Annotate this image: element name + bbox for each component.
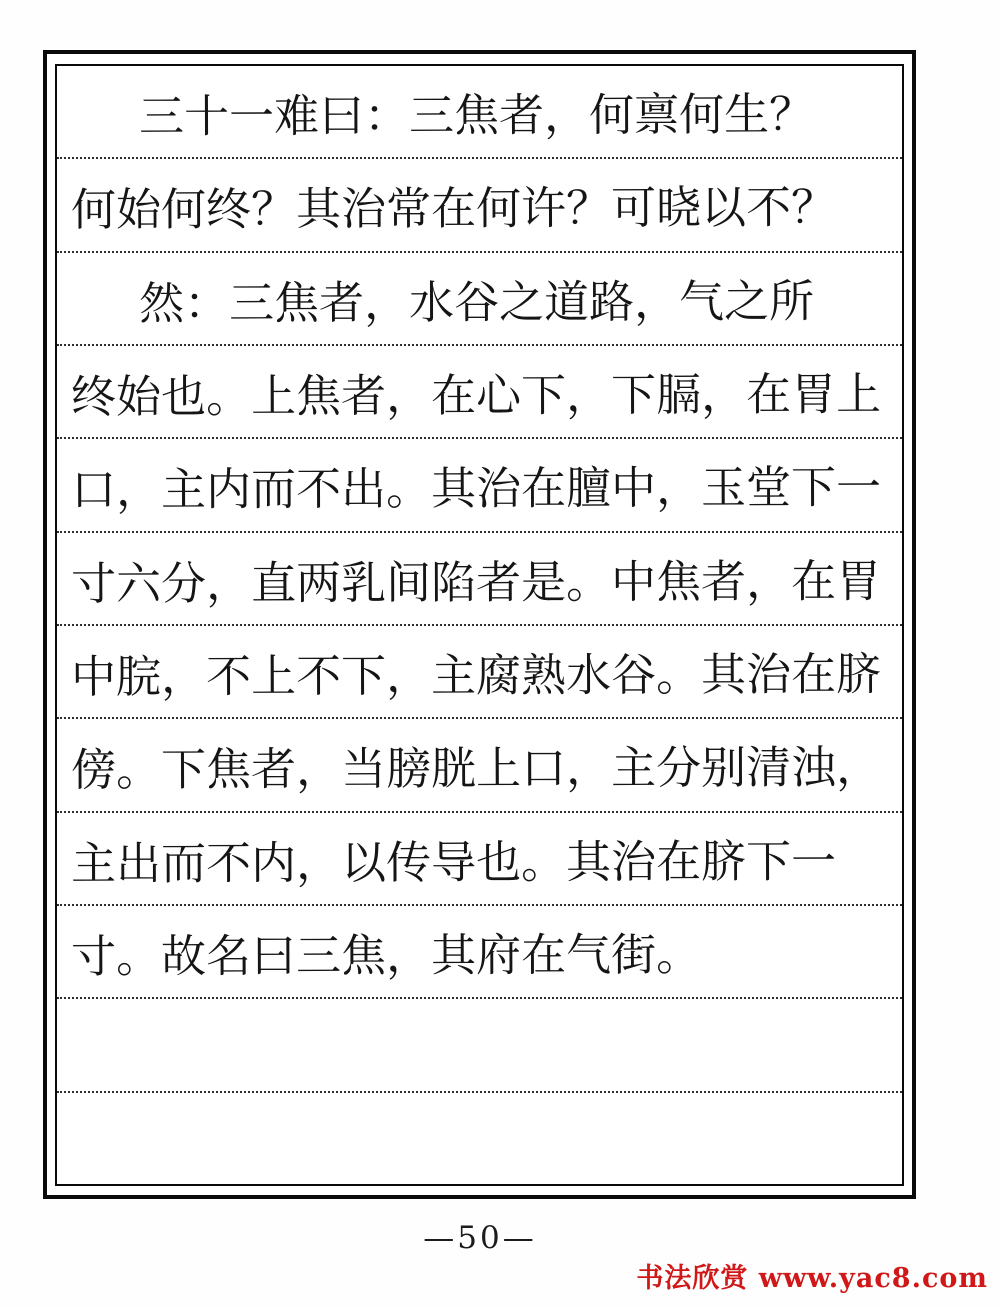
calligraphy-frame-inner: 三十一难曰：三焦者，何禀何生？ 何始何终？其治常在何许？可晓以不？ 然：三焦者，… — [55, 64, 904, 1186]
writing-row: 傍。下焦者，当膀胱上口，主分别清浊， — [57, 719, 902, 812]
calligraphy-text-line: 终始也。上焦者，在心下，下膈，在胃上 — [57, 358, 881, 426]
writing-row: 寸。故名曰三焦，其府在气街。 — [57, 906, 902, 999]
writing-row: 三十一难曰：三焦者，何禀何生？ — [57, 66, 902, 159]
calligraphy-text-line: 何始何终？其治常在何许？可晓以不？ — [57, 171, 836, 239]
page-number: —50— — [0, 1220, 960, 1256]
calligraphy-text-line: 寸。故名曰三焦，其府在气街。 — [57, 918, 701, 985]
calligraphy-frame-outer: 三十一难曰：三焦者，何禀何生？ 何始何终？其治常在何许？可晓以不？ 然：三焦者，… — [43, 50, 916, 1199]
calligraphy-text-line: 口，主内而不出。其治在膻中，玉堂下一 — [57, 451, 881, 519]
writing-row: 何始何终？其治常在何许？可晓以不？ — [57, 159, 902, 252]
writing-row: 口，主内而不出。其治在膻中，玉堂下一 — [57, 439, 902, 532]
site-watermark: 书法欣赏 www.yac8.com — [636, 1256, 988, 1295]
writing-row-empty — [57, 999, 902, 1092]
calligraphy-text-line: 中脘，不上不下，主腐熟水谷。其治在脐 — [57, 638, 881, 706]
writing-row: 然：三焦者，水谷之道路，气之所 — [57, 253, 902, 346]
scanned-copybook-page: 三十一难曰：三焦者，何禀何生？ 何始何终？其治常在何许？可晓以不？ 然：三焦者，… — [0, 0, 1000, 1307]
calligraphy-text-line: 傍。下焦者，当膀胱上口，主分别清浊， — [57, 731, 881, 799]
writing-row: 寸六分，直两乳间陷者是。中焦者，在胃 — [57, 533, 902, 626]
writing-row: 终始也。上焦者，在心下，下膈，在胃上 — [57, 346, 902, 439]
calligraphy-text-line: 主出而不内，以传导也。其治在脐下一 — [57, 824, 836, 892]
calligraphy-text-line: 然：三焦者，水谷之道路，气之所 — [57, 264, 814, 332]
calligraphy-text-line: 三十一难曰：三焦者，何禀何生？ — [57, 78, 814, 146]
writing-row: 中脘，不上不下，主腐熟水谷。其治在脐 — [57, 626, 902, 719]
writing-row: 主出而不内，以传导也。其治在脐下一 — [57, 813, 902, 906]
writing-row-empty — [57, 1093, 902, 1184]
calligraphy-text-line: 寸六分，直两乳间陷者是。中焦者，在胃 — [57, 544, 881, 612]
